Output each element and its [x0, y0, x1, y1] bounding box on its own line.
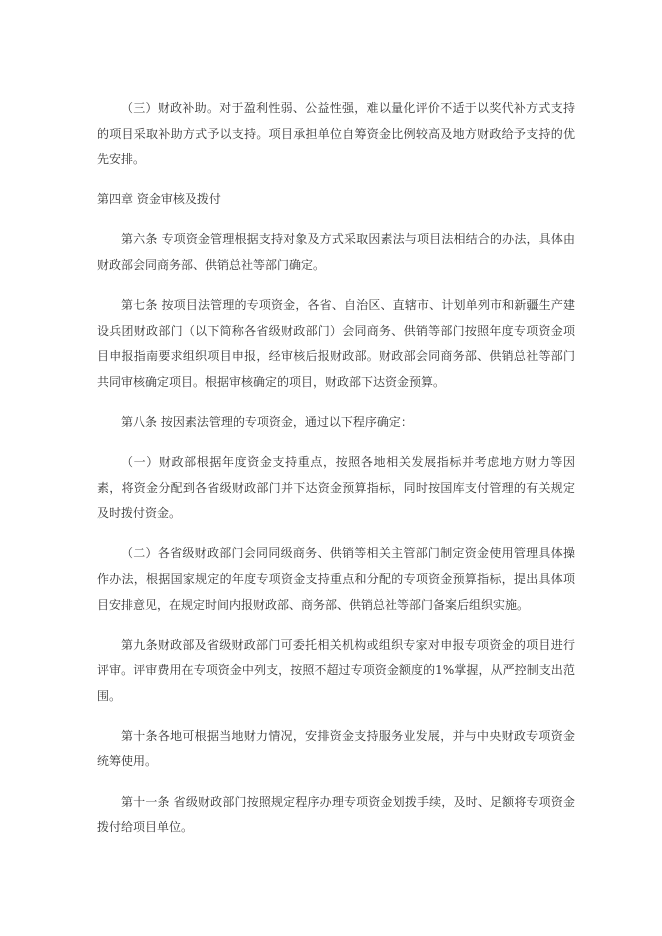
document-page: （三）财政补助。对于盈利性弱、公益性强，难以量化评价不适于以奖代补方式支持的项目…	[0, 0, 662, 936]
paragraph-article-10: 第十条各地可根据当地财力情况，安排资金支持服务业发展，并与中央财政专项资金统筹使…	[97, 724, 575, 775]
paragraph-article-8-item-1: （一）财政部根据年度资金支持重点，按照各地相关发展指标并考虑地方财力等因素，将资…	[97, 450, 575, 527]
paragraph-article-7: 第七条 按项目法管理的专项资金，各省、自治区、直辖市、计划单列市和新疆生产建设兵…	[97, 293, 575, 395]
paragraph-article-11: 第十一条 省级财政部门按照规定程序办理专项资金划拨手续，及时、足额将专项资金拨付…	[97, 790, 575, 841]
paragraph-article-8-item-2: （二）各省级财政部门会同同级商务、供销等相关主管部门制定资金使用管理具体操作办法…	[97, 541, 575, 618]
chapter-4-heading: 第四章 资金审核及拨付	[97, 187, 575, 213]
paragraph-clause-3-subsidy: （三）财政补助。对于盈利性弱、公益性强，难以量化评价不适于以奖代补方式支持的项目…	[97, 96, 575, 173]
text-column: （三）财政补助。对于盈利性弱、公益性强，难以量化评价不适于以奖代补方式支持的项目…	[97, 96, 575, 855]
paragraph-article-8: 第八条 按因素法管理的专项资金，通过以下程序确定：	[97, 410, 575, 436]
paragraph-article-9: 第九条财政部及省级财政部门可委托相关机构或组织专家对申报专项资金的项目进行评审。…	[97, 633, 575, 710]
paragraph-article-6: 第六条 专项资金管理根据支持对象及方式采取因素法与项目法相结合的办法，具体由财政…	[97, 227, 575, 278]
